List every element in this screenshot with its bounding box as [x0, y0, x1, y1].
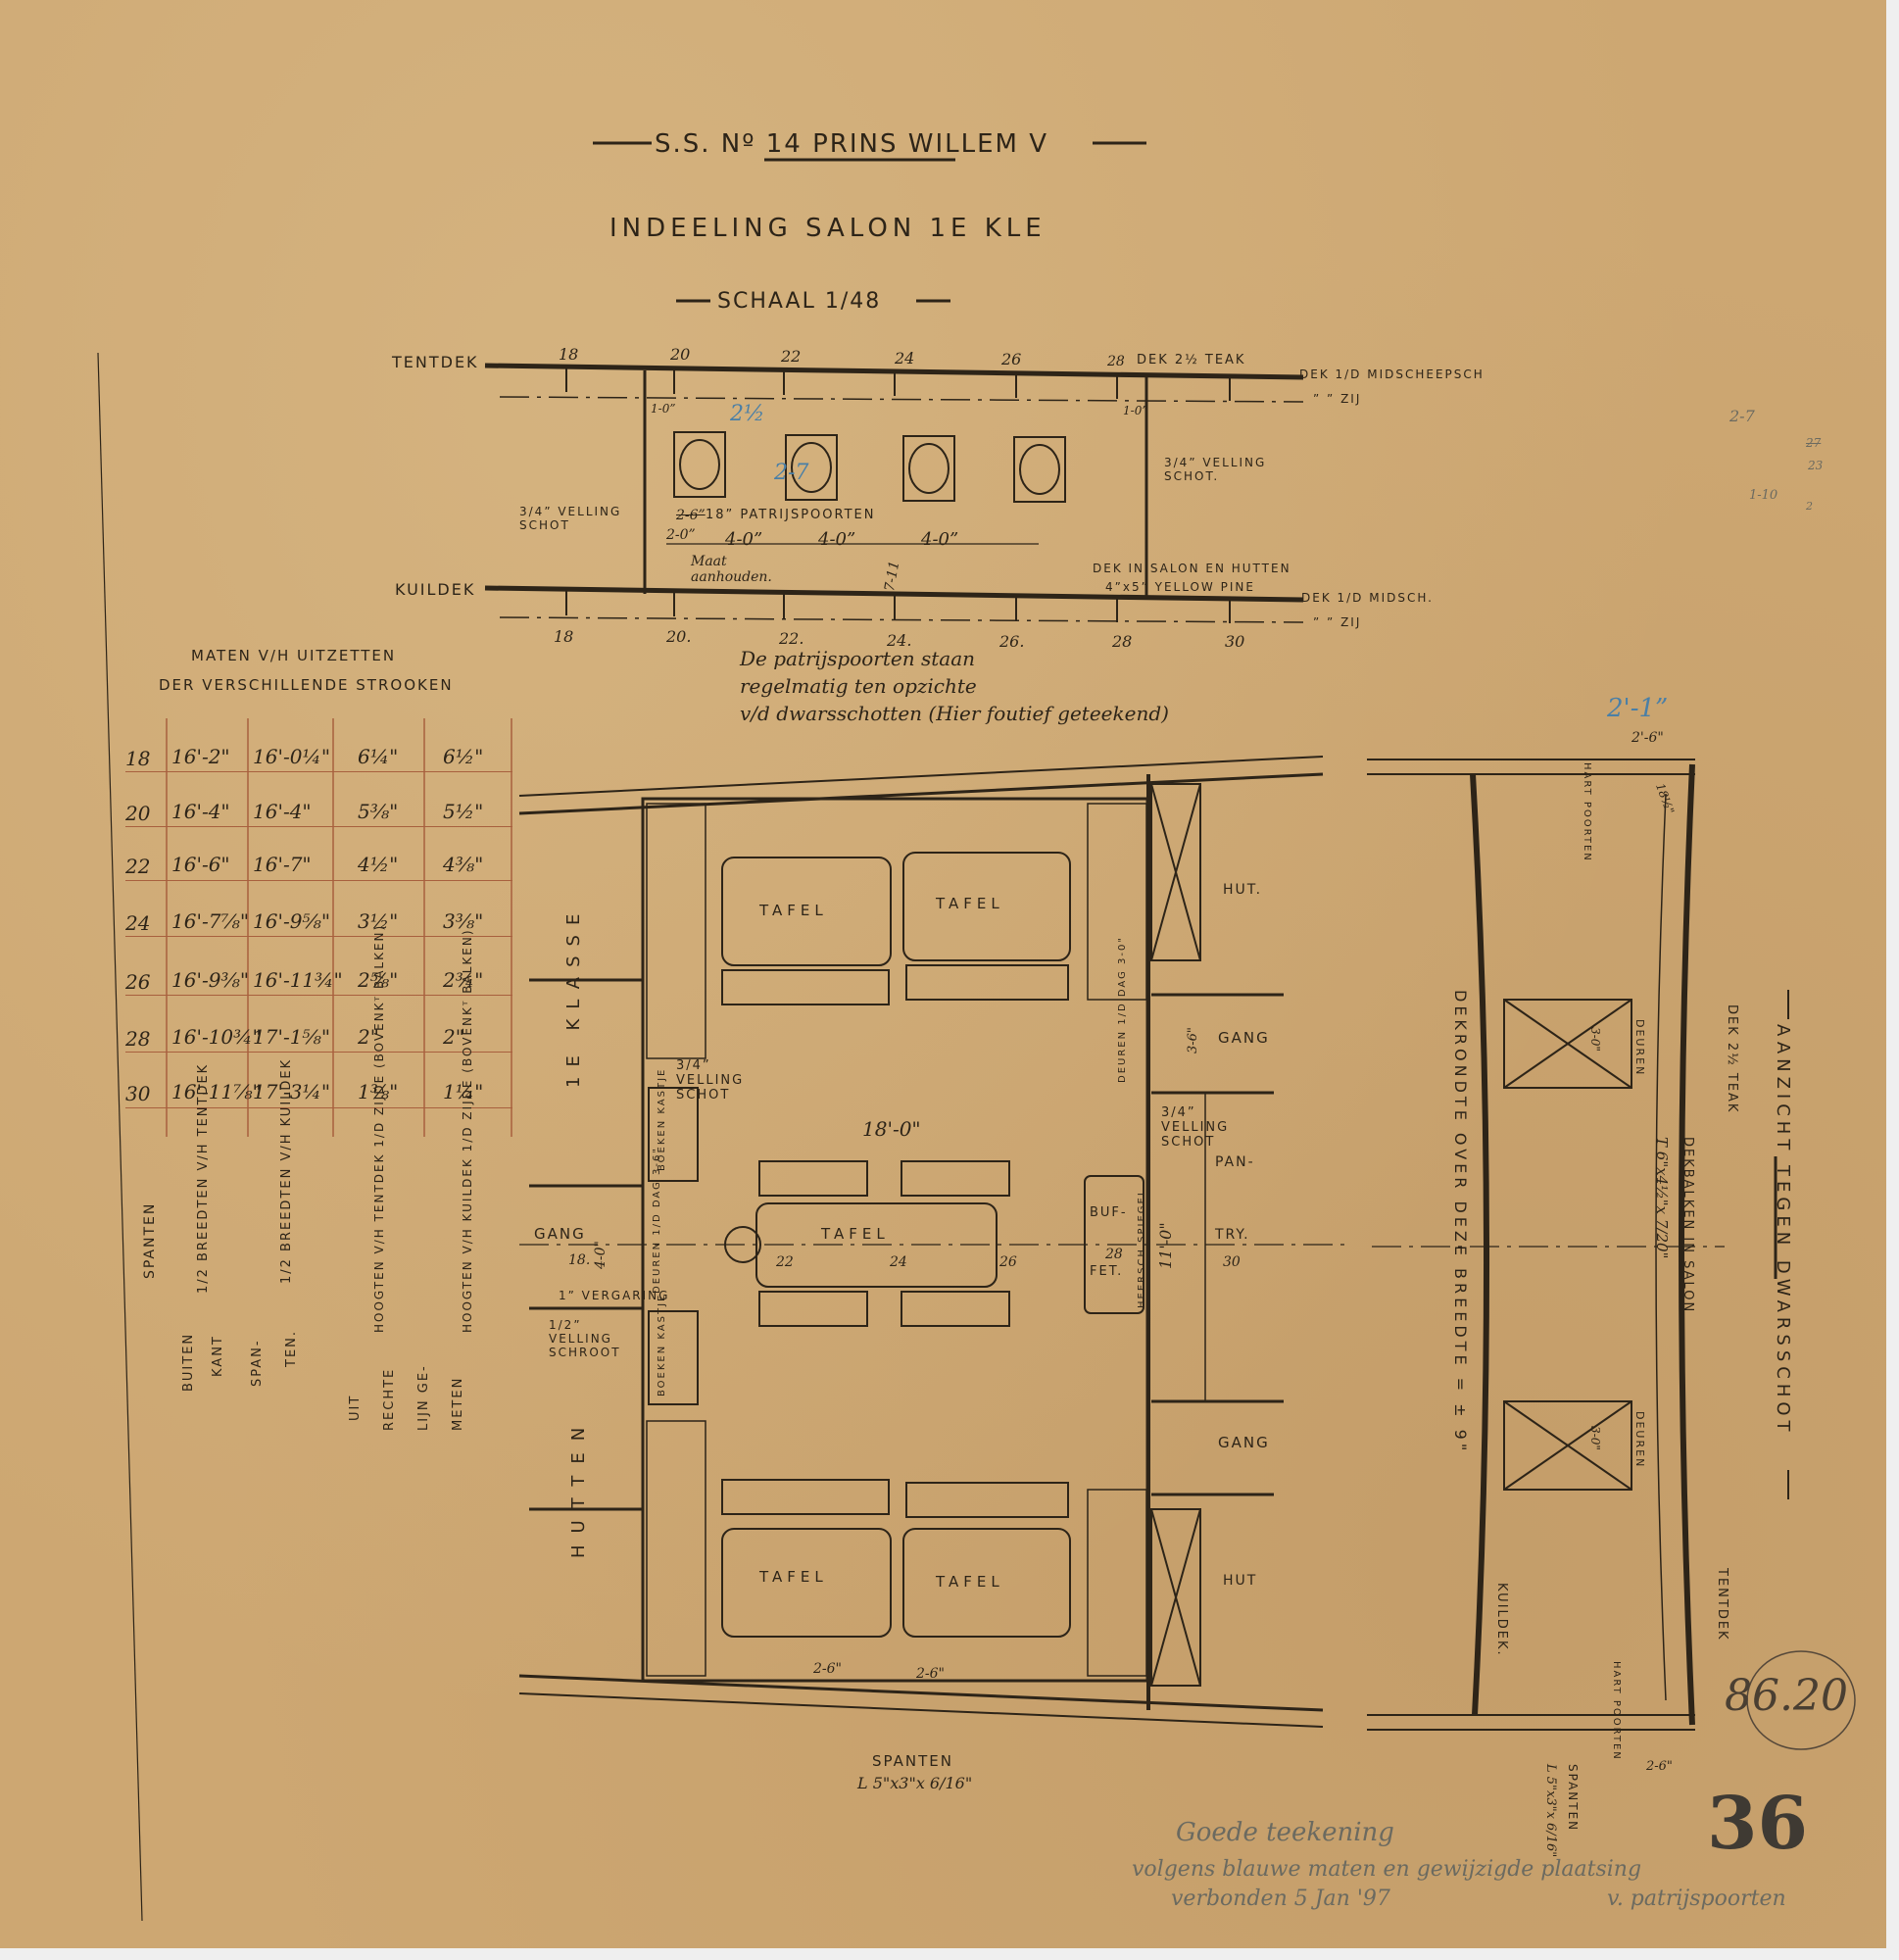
dekbalken-size: T 6"x4½"x 7/20": [1653, 1137, 1671, 1258]
frame-number: 20: [670, 345, 690, 364]
table-label: TAFEL: [821, 1225, 890, 1243]
margin-note: 1-10: [1749, 488, 1777, 503]
deck-teak-note: DEK 2½ TEAK: [1137, 353, 1245, 367]
col-header-tentdek-height: HOOGTEN V/H TENTDEK 1/D ZIJDE (BOVENKᵀ B…: [372, 924, 386, 1333]
frame-number: 28: [1107, 354, 1125, 369]
struck-dimension: 2-6”: [676, 508, 706, 523]
bookcase-label: BOEKEN KASTJE: [657, 1294, 667, 1396]
bulkhead-note-right: 3/4” VELLING SCHOT.: [1164, 456, 1272, 483]
bulkhead-note-left: 3/4” VELLING SCHOT: [519, 505, 627, 532]
margin-note: 23: [1808, 459, 1823, 472]
clearance-left: 1-0”: [651, 402, 675, 416]
buffet-label: BUF-: [1090, 1205, 1128, 1220]
margin-note: 2: [1806, 500, 1813, 513]
door-width: 3-0": [1588, 1027, 1602, 1052]
blueprint-sheet: S.S. Nº 14 PRINS WILLEM V INDEELING SALO…: [0, 0, 1886, 1948]
door-label: DEUREN: [1633, 1411, 1646, 1468]
width-dimension: 18'-0": [862, 1117, 921, 1141]
frame-number: 26: [1001, 350, 1021, 368]
porthole-spacing: 2-0”: [666, 527, 696, 543]
plan-frame-number: 30: [1223, 1254, 1241, 1270]
hut-label: HUT: [1223, 1573, 1257, 1589]
col-header-kuildek-height: HOOGTEN V/H KUILDEK 1/D ZIJDE (BOVENKᵀ B…: [461, 928, 474, 1333]
section-spanten-size: L 5"x3"x 6/16": [1543, 1764, 1558, 1857]
first-class-label: 1E KLASSE: [563, 905, 584, 1088]
deck-midships-bottom: DEK 1/D MIDSCH.: [1301, 591, 1434, 605]
plan-frame-number: 26: [999, 1254, 1017, 1270]
table-title-2: DER VERSCHILLENDE STROOKEN: [159, 676, 454, 694]
section-top-dim: 2'-6": [1631, 730, 1664, 746]
frame-number: 20.: [666, 627, 691, 646]
pantry-label: TRY.: [1215, 1227, 1250, 1243]
drawing-subtitle: INDEELING SALON 1E KLE: [609, 214, 1047, 243]
plan-frame-number: 24: [890, 1254, 907, 1270]
plan-frame-number: 28: [1105, 1247, 1123, 1262]
door-width: 3-0": [1588, 1426, 1602, 1450]
circled-number: 86.20: [1725, 1671, 1848, 1721]
schroot-label: 1/2” VELLING SCHROOT: [549, 1318, 647, 1359]
porthole-spacing: 4-0”: [818, 529, 855, 550]
table-label: TAFEL: [759, 902, 828, 919]
gang-right-label: GANG: [1218, 1029, 1270, 1047]
spanten-size: L 5"x3"x 6/16": [857, 1774, 972, 1792]
kuildek-section-label: KUILDEK.: [1494, 1583, 1509, 1657]
deck-midships-top: DEK 1/D MIDSCHEEPSCH: [1299, 367, 1485, 381]
section-bottom-dim: 2-6": [1646, 1759, 1673, 1774]
table-label: TAFEL: [936, 895, 1004, 912]
deck-side-bottom: ” ” ZIJ: [1313, 615, 1361, 629]
height-11-dim: 11'-0": [1156, 1222, 1175, 1269]
deck-salon-wood: 4”x5” YELLOW PINE: [1105, 580, 1255, 594]
deck-teak-label: DEK 2½ TEAK: [1725, 1004, 1739, 1113]
gang-left-dim: 4-0": [593, 1241, 609, 1269]
buffet-label: FET.: [1090, 1264, 1123, 1279]
doors-right-label: DEUREN 1/D DAG 3-0": [1117, 936, 1128, 1083]
vergaring-label: 1” VERGARING: [559, 1289, 669, 1302]
door-label: DEUREN: [1633, 1019, 1646, 1076]
deck-side-top: ” ” ZIJ: [1313, 392, 1361, 406]
velling-schot-right: 3/4” VELLING SCHOT: [1161, 1105, 1269, 1150]
pantry-label: PAN-: [1215, 1154, 1255, 1170]
hart-poorten-top: HART POORTEN: [1582, 762, 1592, 862]
gang-right-dim: 3-6": [1186, 1027, 1200, 1053]
section-title: AANZICHT TEGEN DWARSSCHOT: [1773, 1024, 1793, 1437]
margin-note: 27: [1806, 436, 1821, 450]
plan-frame-number: 18.: [568, 1252, 590, 1268]
hut-label: HUT.: [1223, 882, 1262, 898]
dekbalken-label: DEKBALKEN IN SALON: [1680, 1137, 1695, 1313]
porthole-spacing: 4-0”: [921, 529, 958, 550]
gang-right-label: GANG: [1218, 1434, 1270, 1451]
blue-pencil-dim: 2½: [730, 402, 764, 426]
section-top-dim-blue: 2'-1”: [1607, 694, 1668, 723]
frame-number: 30: [1225, 632, 1244, 651]
portholes-note: 18” PATRIJSPOORTEN: [706, 508, 875, 522]
frame-number: 22.: [779, 629, 803, 648]
frame-number: 18: [554, 627, 573, 646]
cabins-label: HUTTEN: [568, 1416, 589, 1558]
table-label: TAFEL: [759, 1568, 828, 1586]
col-header-kuildek-width: 1/2 BREEDTEN V/H KUILDEK: [279, 1058, 294, 1284]
col-header-tentdek-width: 1/2 BREEDTEN V/H TENTDEK: [196, 1063, 211, 1294]
frame-number: 26.: [999, 632, 1024, 651]
section-spanten: SPANTEN: [1566, 1764, 1580, 1832]
maat-note: Maat aanhouden.: [691, 554, 779, 585]
drawing-scale: SCHAAL 1/48: [717, 289, 881, 314]
hart-poorten-bottom: HART POORTEN: [1611, 1661, 1622, 1761]
frame-number: 18: [559, 345, 578, 364]
camber-note: DEKRONDTE OVER DEZE BREEDTE = ± 9": [1451, 990, 1470, 1454]
kuildek-label: KUILDEK: [395, 580, 475, 599]
col-header-spanten: SPANTEN: [142, 1202, 158, 1279]
frame-number: 28: [1112, 632, 1132, 651]
deck-salon-note: DEK IN SALON EN HUTTEN: [1093, 562, 1291, 575]
tentdek-label: TENTDEK: [392, 353, 479, 371]
porthole-spacing: 4-0”: [725, 529, 762, 550]
bottom-dim: 2-6": [916, 1666, 945, 1682]
frame-number: 22: [781, 347, 801, 366]
table-title-1: MATEN V/H UITZETTEN: [191, 647, 396, 664]
tentdek-section-label: TENTDEK: [1715, 1568, 1729, 1641]
margin-note: 2-7: [1729, 407, 1755, 425]
mirror-label: HEERSCH SPIEGEL: [1137, 1189, 1147, 1308]
gang-left-label: GANG: [534, 1225, 586, 1243]
velling-schot-left: 3/4” VELLING SCHOT: [676, 1058, 774, 1102]
frame-number: 24: [895, 349, 914, 367]
clearance-right: 1-0”: [1123, 404, 1147, 417]
spanten-label: SPANTEN: [872, 1752, 953, 1770]
table-label: TAFEL: [936, 1573, 1004, 1591]
plan-frame-number: 22: [776, 1254, 794, 1270]
archive-stamp-number: 36: [1707, 1782, 1808, 1866]
blue-pencil-dim: 2-7: [774, 461, 808, 485]
drawing-title: S.S. Nº 14 PRINS WILLEM V: [655, 129, 1048, 159]
doors-left-label: DEUREN 1/D DAG 3-6": [652, 1147, 662, 1294]
bottom-dim: 2-6": [813, 1661, 842, 1677]
